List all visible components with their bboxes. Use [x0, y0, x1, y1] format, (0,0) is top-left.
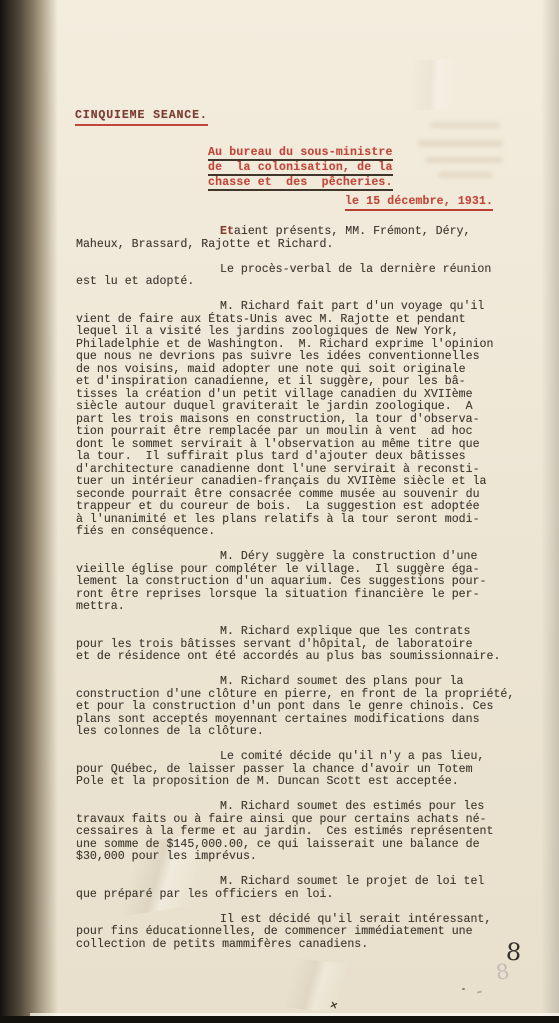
text-line: Pole et la proposition de M. Duncan Scot… [76, 776, 538, 789]
paragraph: Le comité décide qu'il n'y a pas lieu,po… [76, 751, 538, 789]
text-line: M. Richard soumet le projet de loi tel [76, 876, 538, 889]
paragraph: M. Richard soumet le projet de loi telqu… [76, 876, 538, 901]
document-body: Etaient présents, MM. Frémont, Déry,Mahe… [76, 226, 538, 951]
text-line: Le comité décide qu'il n'y a pas lieu, [76, 751, 538, 764]
paragraph: M. Richard explique que les contratspour… [76, 626, 538, 664]
text-line: $30,000 pour les imprévus. [76, 851, 538, 864]
text-line: tion pourrait être remplacée par un moul… [76, 426, 538, 439]
ink-speck: × [328, 998, 339, 1014]
paragraph: Etaient présents, MM. Frémont, Déry,Mahe… [76, 226, 538, 251]
text-line: Etaient présents, MM. Frémont, Déry, [76, 226, 538, 239]
ink-bleedthrough-mark [438, 172, 493, 178]
ink-bleedthrough-mark [430, 122, 500, 128]
date-line: le 15 décembre, 1931. [345, 195, 493, 211]
text-line: et de résidence ont été accordés au plus… [76, 651, 538, 664]
scanned-document-page: CINQUIEME SEANCE. Au bureau du sous-mini… [0, 0, 559, 1023]
office-address-line: Au bureau du sous-ministre [208, 142, 393, 157]
session-title: CINQUIEME SEANCE. [75, 109, 208, 126]
office-address-line: chasse et des pêcheries. [208, 172, 393, 187]
paragraph: M. Déry suggère la construction d'unevie… [76, 551, 538, 614]
paragraph: Le procès-verbal de la dernière réunione… [76, 264, 538, 289]
paragraph: M. Richard fait part d'un voyage qu'ilvi… [76, 301, 538, 539]
text-line: M. Richard fait part d'un voyage qu'il [76, 301, 538, 314]
paper-crease [178, 947, 442, 1023]
text-line: lement la construction d'un aquarium. Ce… [76, 576, 538, 589]
office-address-line: de la colonisation, de la [208, 157, 393, 172]
text-line: est lu et adopté. [76, 276, 538, 289]
text-line: M. Déry suggère la construction d'une [76, 551, 538, 564]
text-line: M. Richard soumet des plans pour la [76, 676, 538, 689]
text-line: les colonnes de la clôture. [76, 726, 538, 739]
text-line: lequel il a visité les jardins zoologiqu… [76, 326, 538, 339]
text-line: et pour la construction d'un pont dans l… [76, 701, 538, 714]
paper-crease [329, 55, 531, 115]
paper-spot [477, 990, 482, 993]
photo-bottom-edge [0, 1016, 559, 1023]
text-line: M. Richard explique que les contrats [76, 626, 538, 639]
text-line: ront être reprises lorsque la situation … [76, 589, 538, 602]
paper-spot [462, 988, 465, 990]
text-line: siècle autour duquel graviterait le jard… [76, 401, 538, 414]
photo-left-edge-shadow [0, 0, 58, 1023]
paragraph: Il est décidé qu'il serait intéressant,p… [76, 914, 538, 952]
text-line: fiés en conséquence. [76, 526, 538, 539]
text-line: trappeur et du coureur de bois. La sugge… [76, 501, 538, 514]
text-line: tuer un intérieur canadien-français du X… [76, 476, 538, 489]
text-line: que préparé par les officiers en loi. [76, 889, 538, 902]
text-line: la tour. Il suffirait plus tard d'ajoute… [76, 451, 538, 464]
ink-bleedthrough-mark [425, 157, 503, 163]
text-line: mettra. [76, 601, 538, 614]
red-ink-lead-chars: Et [220, 225, 234, 238]
text-line: pour fins éducationnelles, de commencer … [76, 926, 538, 939]
text-line: Maheux, Brassard, Rajotte et Richard. [76, 239, 538, 252]
text-line: cessaires à la ferme et au jardin. Ces e… [76, 826, 538, 839]
text-line: collection de petits mammifères canadien… [76, 939, 538, 952]
text-line: et d'inspiration canadienne, et il suggè… [76, 376, 538, 389]
paragraph: M. Richard soumet des estimés pour lestr… [76, 801, 538, 864]
text-line: M. Richard soumet des estimés pour les [76, 801, 538, 814]
paragraph: M. Richard soumet des plans pour laconst… [76, 676, 538, 739]
ink-bleedthrough-mark [418, 140, 503, 147]
office-address-block: Au bureau du sous-ministrede la colonisa… [208, 142, 393, 187]
text-line: que nous ne devrions pas suivre les idée… [76, 351, 538, 364]
photo-right-edge-shadow [541, 0, 559, 1023]
